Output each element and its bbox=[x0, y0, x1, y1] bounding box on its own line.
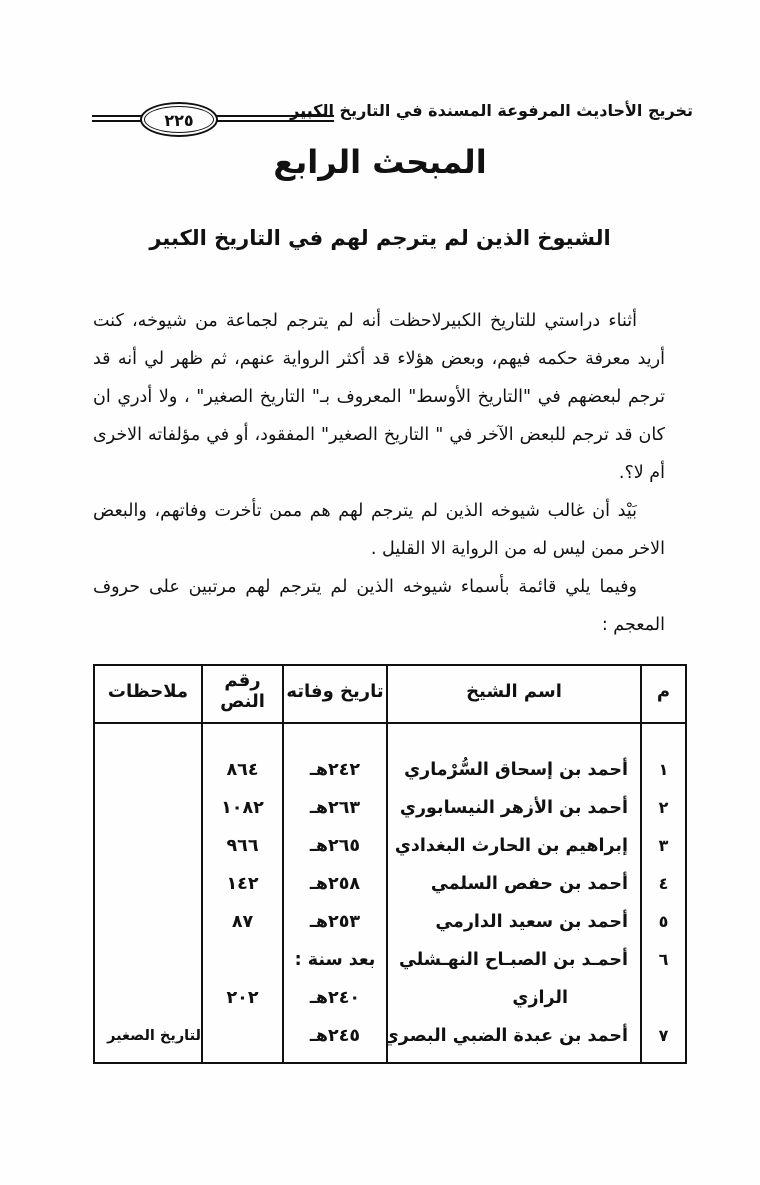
table-header-row: م اسم الشيخ تاريخ وفاته رقم النص ملاحظات bbox=[94, 665, 686, 723]
cell-line-text_no: ٩٦٦ bbox=[203, 827, 282, 865]
cell-line-name: أحمد بن سعيد الدارمي bbox=[388, 903, 640, 941]
text-number-column: ٨٦٤١٠٨٢٩٦٦١٤٢٨٧٢٠٢ bbox=[202, 723, 283, 1063]
cell-line-text_no: ٢٠٢ bbox=[203, 979, 282, 1017]
cell-line-name: الرازي bbox=[388, 979, 640, 1017]
cell-line-text_no: ٨٦٤ bbox=[203, 751, 282, 789]
running-title: تخريج الأحاديث المرفوعة المسندة في التار… bbox=[290, 101, 693, 120]
cell-line-notes bbox=[95, 865, 201, 903]
header-rule-left bbox=[92, 115, 142, 122]
cell-line-name: أحمد بن حفص السلمي bbox=[388, 865, 640, 903]
cell-line-num: ٣ bbox=[642, 827, 685, 865]
cell-line-notes bbox=[95, 789, 201, 827]
death-date-column: ٢٤٢هـ٢٦٣هـ٢٦٥هـ٢٥٨هـ٢٥٣هـبعد سنة :٢٤٠هـ٢… bbox=[283, 723, 387, 1063]
header-text-number: رقم النص bbox=[202, 665, 283, 723]
header-serial: م bbox=[641, 665, 686, 723]
cell-line-death: ٢٦٥هـ bbox=[284, 827, 386, 865]
cell-line-death: بعد سنة : bbox=[284, 941, 386, 979]
header-rule-right bbox=[216, 115, 334, 122]
header-sheikh-name: اسم الشيخ bbox=[387, 665, 641, 723]
cell-line-notes bbox=[95, 903, 201, 941]
cell-line-text_no: ١٠٨٢ bbox=[203, 789, 282, 827]
cell-line-name: إبراهيم بن الحارث البغدادي bbox=[388, 827, 640, 865]
cell-line-text_no: ٨٧ bbox=[203, 903, 282, 941]
body-text: أثناء دراستي للتاريخ الكبيرلاحظت أنه لم … bbox=[93, 302, 665, 644]
cell-line-name: أحمد بن إسحاق السُّرْماري bbox=[388, 751, 640, 789]
page-number-ornament: ٢٢٥ bbox=[140, 102, 218, 137]
paragraph: بَيْد أن غالب شيوخه الذين لم يترجم لهم ه… bbox=[93, 492, 665, 568]
cell-line-death: ٢٥٣هـ bbox=[284, 903, 386, 941]
cell-line-num bbox=[642, 979, 685, 1017]
cell-line-notes bbox=[95, 827, 201, 865]
cell-line-death: ٢٦٣هـ bbox=[284, 789, 386, 827]
sheikh-table: م اسم الشيخ تاريخ وفاته رقم النص ملاحظات… bbox=[93, 664, 687, 1064]
cell-line-death: ٢٥٨هـ bbox=[284, 865, 386, 903]
chapter-heading: المبحث الرابع bbox=[0, 143, 760, 181]
cell-line-death: ٢٤٠هـ bbox=[284, 979, 386, 1017]
sheikh-name-column: أحمد بن إسحاق السُّرْماريأحمد بن الأزهر … bbox=[387, 723, 641, 1063]
serial-column: ١٢٣٤٥٦٧ bbox=[641, 723, 686, 1063]
cell-line-num: ٤ bbox=[642, 865, 685, 903]
cell-line-notes: لتاريخ الصغير bbox=[95, 1017, 201, 1055]
header-death-date: تاريخ وفاته bbox=[283, 665, 387, 723]
cell-line-name: أحمـد بن الصبـاح النهـشلي bbox=[388, 941, 640, 979]
cell-line-name: أحمد بن الأزهر النيسابوري bbox=[388, 789, 640, 827]
page-number: ٢٢٥ bbox=[144, 106, 214, 133]
cell-line-notes bbox=[95, 751, 201, 789]
cell-line-text_no bbox=[203, 941, 282, 979]
cell-line-notes bbox=[95, 979, 201, 1017]
cell-line-num: ٥ bbox=[642, 903, 685, 941]
table-body: ١٢٣٤٥٦٧ أحمد بن إسحاق السُّرْماريأحمد بن… bbox=[94, 723, 686, 1063]
notes-column: لتاريخ الصغير bbox=[94, 723, 202, 1063]
cell-line-text_no: ١٤٢ bbox=[203, 865, 282, 903]
paragraph: وفيما يلي قائمة بأسماء شيوخه الذين لم يت… bbox=[93, 568, 665, 644]
header-notes: ملاحظات bbox=[94, 665, 202, 723]
cell-line-num: ٦ bbox=[642, 941, 685, 979]
cell-line-num: ١ bbox=[642, 751, 685, 789]
cell-line-num: ٧ bbox=[642, 1017, 685, 1055]
cell-line-death: ٢٤٥هـ bbox=[284, 1017, 386, 1055]
book-page: تخريج الأحاديث المرفوعة المسندة في التار… bbox=[0, 0, 760, 1185]
chapter-subheading: الشيوخ الذين لم يترجم لهم في التاريخ الك… bbox=[0, 226, 760, 250]
cell-line-death: ٢٤٢هـ bbox=[284, 751, 386, 789]
cell-line-name: أحمد بن عبدة الضبي البصري bbox=[388, 1017, 640, 1055]
paragraph: أثناء دراستي للتاريخ الكبيرلاحظت أنه لم … bbox=[93, 302, 665, 492]
cell-line-text_no bbox=[203, 1017, 282, 1055]
cell-line-num: ٢ bbox=[642, 789, 685, 827]
cell-line-notes bbox=[95, 941, 201, 979]
